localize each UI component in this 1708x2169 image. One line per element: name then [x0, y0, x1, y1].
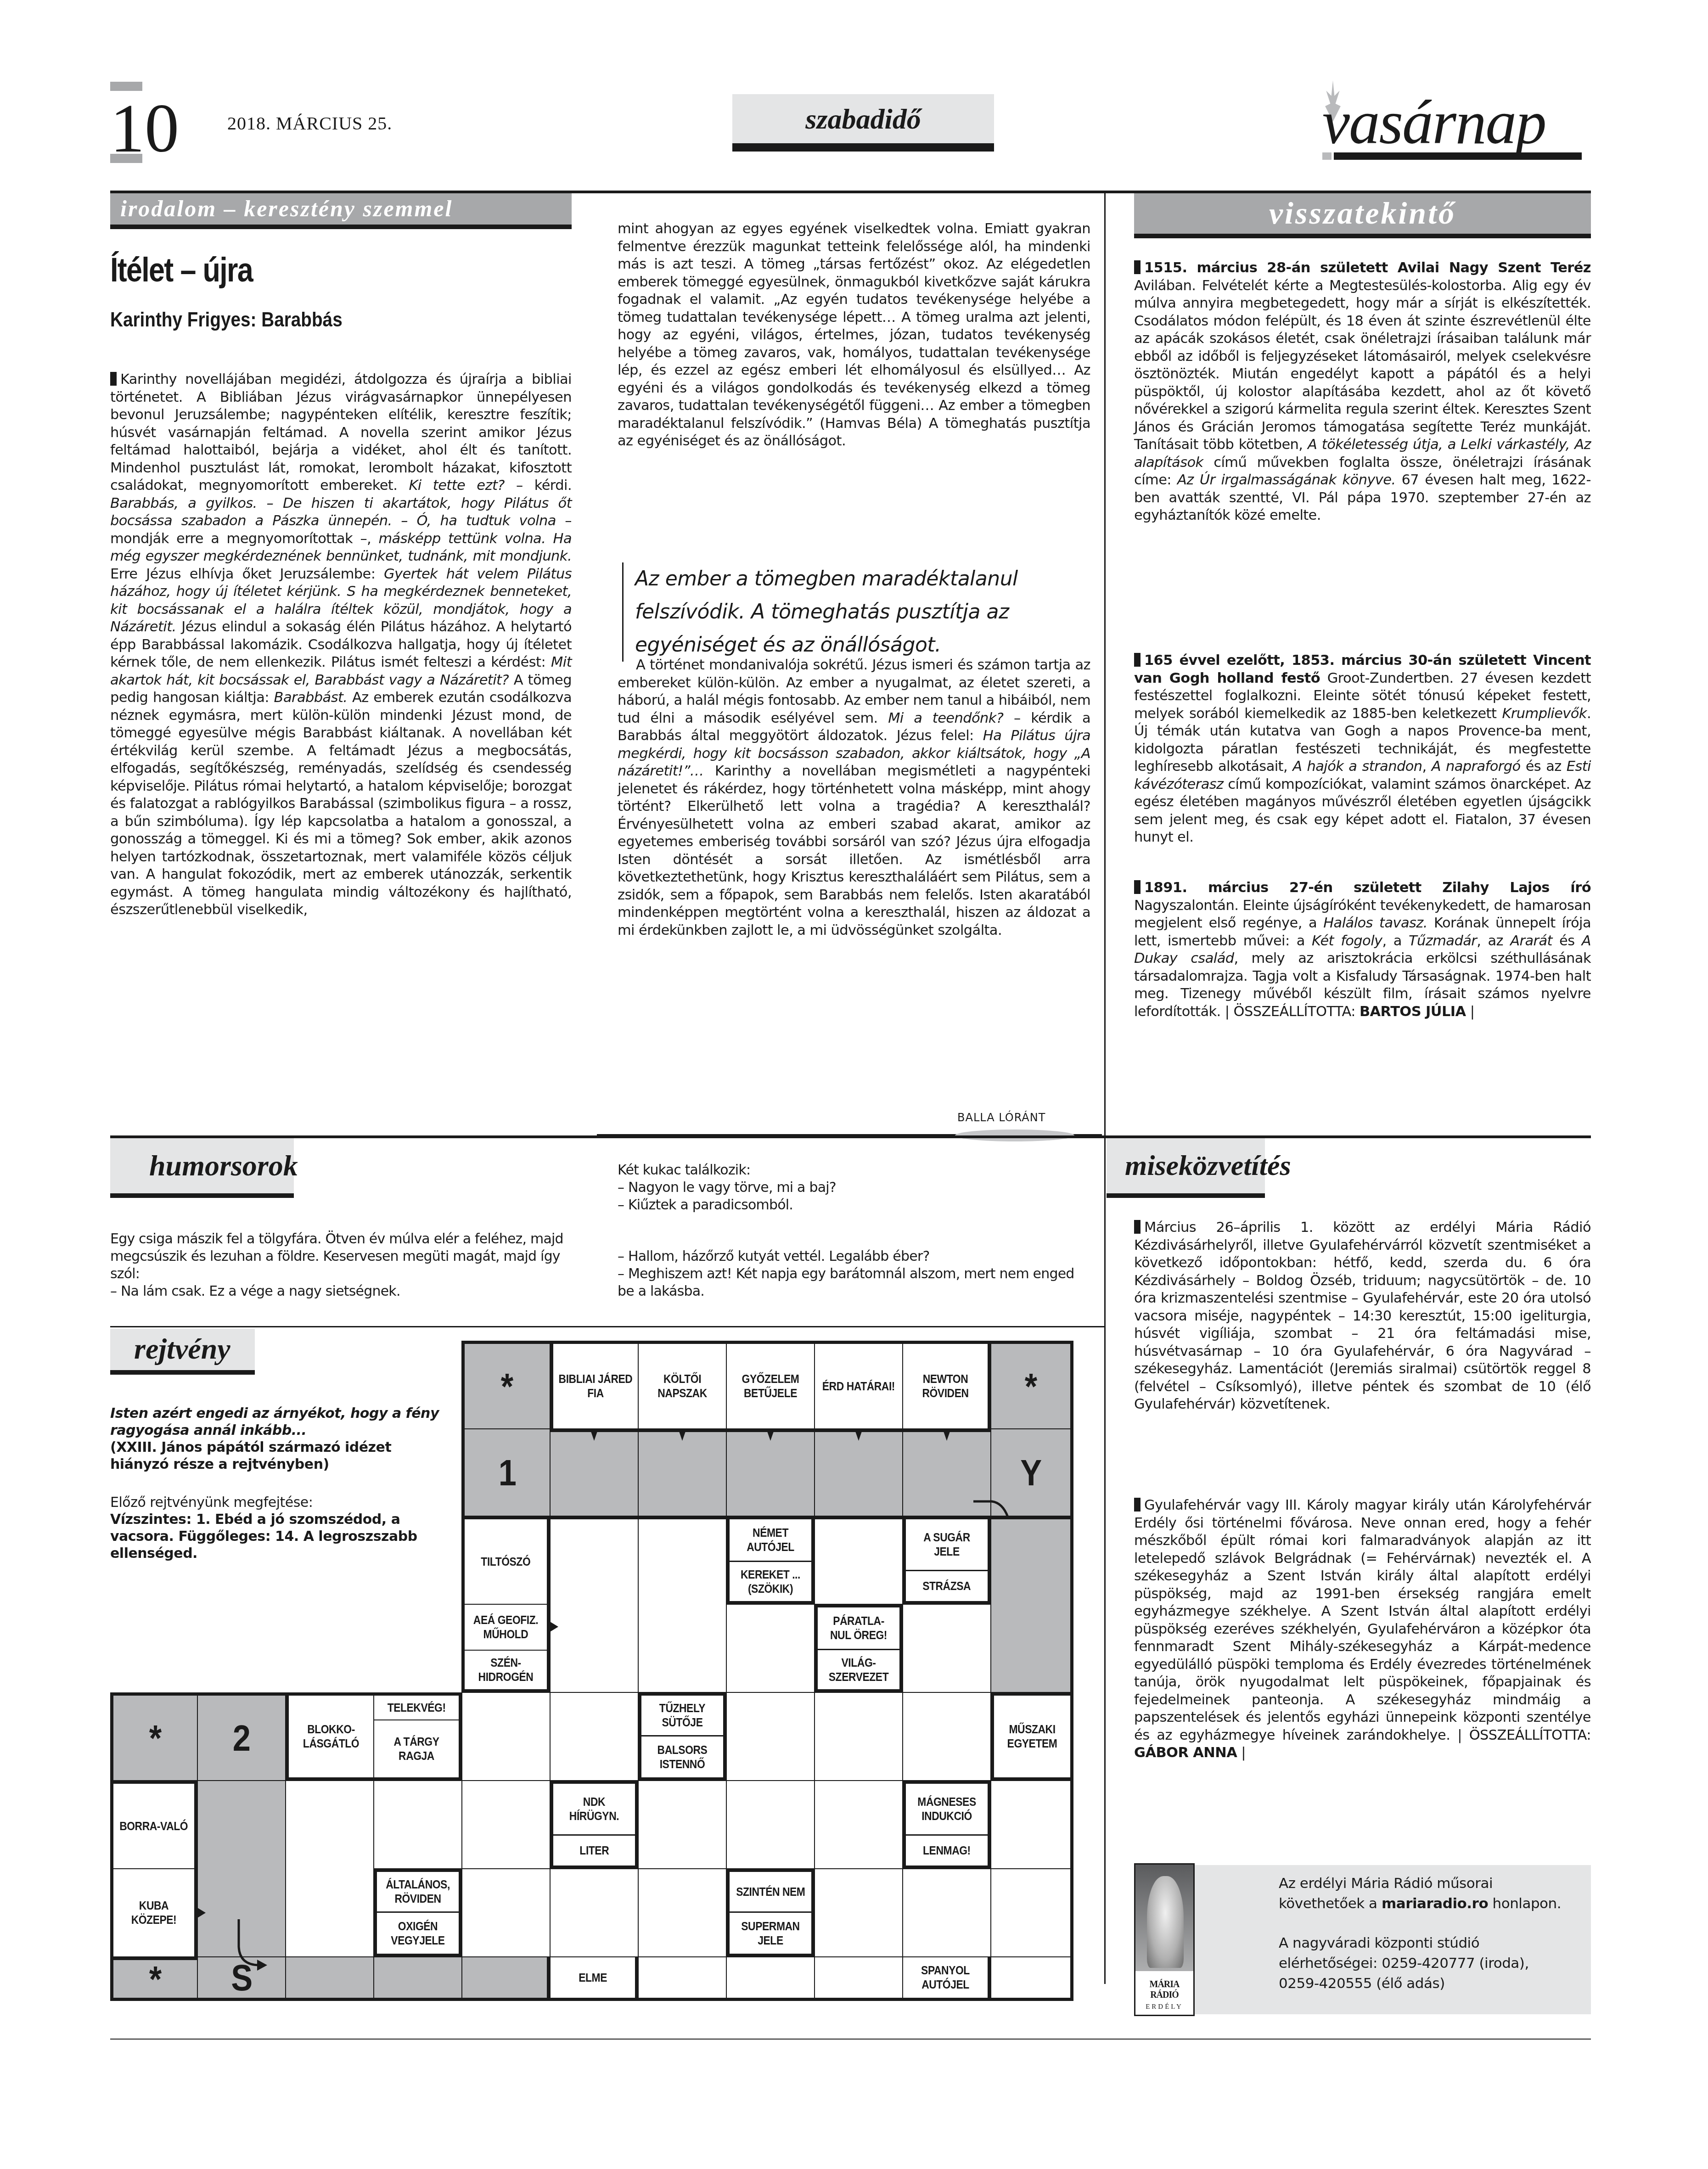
- article-body-col2a: mint ahogyan az egyes egyének viselkedte…: [618, 220, 1090, 450]
- puzzle-quote: Isten azért engedi az árnyékot, hogy a f…: [110, 1405, 441, 1439]
- arrow-down-icon: [766, 1429, 775, 1441]
- logo-underline: [1334, 152, 1582, 160]
- retro-entry-zilahy: 1891. március 27-én született Zilahy Laj…: [1134, 879, 1591, 1021]
- cw-answer-cell[interactable]: [815, 1869, 903, 1957]
- cw-clue-vilag: VILÁG-SZERVEZET: [815, 1650, 903, 1692]
- cw-answer-cell[interactable]: [726, 1957, 815, 2001]
- joke-dog: – Hallom, házőrző kutyát vettél. Legaláb…: [618, 1248, 1090, 1300]
- radio-website-text: Az erdélyi Mária Rádió műsorai követhető…: [1279, 1873, 1573, 1914]
- mise-kicker: miseközvetítés: [1107, 1138, 1265, 1198]
- cw-clue-paratla: PÁRATLA-NUL ÖREG!: [815, 1604, 903, 1650]
- cw-answer-cell[interactable]: [462, 1781, 550, 1869]
- page-number: 10: [110, 94, 179, 163]
- cw-clue-kereket: KEREKET ... (SZÖKIK): [726, 1562, 815, 1604]
- page-number-bar-bottom: [110, 154, 142, 163]
- previous-solution: Vízszintes: 1. Ebéd a jó szomszédod, a v…: [110, 1511, 441, 1562]
- radio-contact-text: A nagyváradi központi stúdió elérhetőség…: [1279, 1933, 1573, 1994]
- cw-clue-koltoi: KÖLTŐI NAPSZAK: [638, 1341, 726, 1429]
- logo-underline-accent: [1322, 152, 1332, 160]
- cw-answer-cell[interactable]: [991, 1781, 1073, 1869]
- cw-answer-cell[interactable]: [462, 1869, 550, 1957]
- mise-schedule: Március 26–április 1. között az erdélyi …: [1134, 1219, 1591, 1414]
- puzzle-instruction: (XXIII. János pápától származó idézet hi…: [110, 1439, 441, 1473]
- cw-answer-cell[interactable]: [815, 1692, 903, 1781]
- cw-clue-oxigen: OXIGÉN VEGYJELE: [374, 1913, 462, 1957]
- puzzle-rule: [110, 1326, 1104, 1327]
- newspaper-logo: vasárnap: [1322, 92, 1546, 154]
- cw-clue-ndk: NDK HÍRÜGYN.: [550, 1781, 638, 1836]
- joke-worms-line: Két kukac találkozik:: [618, 1162, 1090, 1179]
- madonna-image: [1147, 1876, 1184, 1968]
- joke-worms: Két kukac találkozik: – Nagyon le vagy t…: [618, 1162, 1090, 1214]
- retro-entry-teresa: 1515. március 28-án született Avilai Nag…: [1134, 259, 1591, 525]
- cw-answer-cell[interactable]: [815, 1957, 903, 2001]
- cw-clue-tiltoszo: TILTÓSZÓ: [461, 1516, 550, 1604]
- joke-snail: Egy csiga mászik fel a tölgyfára. Ötven …: [110, 1231, 569, 1300]
- cw-clue-gyozelem: GYŐZELEM BETŰJELE: [726, 1341, 815, 1429]
- cw-clue-lenmag: LENMAG!: [903, 1836, 991, 1869]
- article-body-col2b: A történet mondanivalója sokrétű. Jézus …: [618, 657, 1090, 939]
- joke-worms-line: – Nagyon le vagy törve, mi a baj?: [618, 1179, 1090, 1197]
- maria-radio-logo: MÁRIA RÁDIÓ ERDÉLY: [1134, 1863, 1195, 2016]
- arrow-down-icon: [590, 1429, 598, 1441]
- cw-clue-blokko: BLOKKO-LÁSGÁTLÓ: [286, 1692, 374, 1781]
- joke-snail-punchline: – Na lám csak. Ez a vége a nagy sietségn…: [110, 1283, 569, 1300]
- issue-date: 2018. MÁRCIUS 25.: [227, 112, 392, 134]
- cw-clue-superman: SUPERMAN JELE: [726, 1913, 815, 1957]
- arrow-right-icon: [550, 1622, 558, 1632]
- cw-answer-cell[interactable]: [726, 1781, 815, 1869]
- bottom-rule: [110, 2039, 1591, 2040]
- article-kicker: irodalom – keresztény szemmel: [110, 193, 572, 229]
- puzzle-kicker: rejtvény: [110, 1329, 255, 1375]
- cw-answer-cell[interactable]: [903, 1869, 991, 1957]
- page-number-bar-top: [110, 82, 142, 91]
- cw-answer-cell[interactable]: [815, 1429, 903, 1516]
- cw-clue-altalanos: ÁLTALÁNOS, RÖVIDEN: [374, 1869, 462, 1913]
- cw-answer-cell[interactable]: [550, 1692, 638, 1781]
- cw-star: *: [991, 1341, 1073, 1429]
- cw-star: *: [461, 1341, 550, 1429]
- cw-clue-borra: BORRA-VALÓ: [110, 1781, 197, 1869]
- cw-answer-cell[interactable]: [550, 1429, 638, 1516]
- cw-clue-erd: ÉRD HATÁRAI!: [815, 1341, 903, 1429]
- article-title: Ítélet – újra: [110, 250, 253, 289]
- cw-clue-nemet: NÉMET AUTÓJEL: [726, 1516, 815, 1562]
- cw-clue-spanyol: SPANYOL AUTÓJEL: [903, 1957, 991, 2001]
- arrow-down-icon: [943, 1429, 951, 1441]
- cw-clue-kuba: KUBA KÖZEPE!: [110, 1869, 197, 1957]
- cw-number-2: 2: [197, 1692, 286, 1781]
- cw-clue-elme: ELME: [550, 1957, 638, 2001]
- cw-clue-sugar: A SUGÁR JELE: [903, 1516, 991, 1571]
- arrow-down-icon: [854, 1429, 863, 1441]
- cw-answer-cell[interactable]: [815, 1516, 903, 1604]
- previous-solution-label: Előző rejtvényünk megfejtése:: [110, 1494, 441, 1511]
- cw-answer-cell[interactable]: [638, 1516, 726, 1692]
- joke-snail-line: Egy csiga mászik fel a tölgyfára. Ötven …: [110, 1231, 569, 1283]
- humor-kicker: humorsorok: [110, 1138, 294, 1198]
- cw-clue-muszaki: MŰSZAKI EGYETEM: [991, 1692, 1073, 1781]
- cw-answer-cell[interactable]: [638, 1781, 726, 1869]
- retro-kicker: visszatekintő: [1134, 193, 1591, 238]
- cw-answer-cell[interactable]: [726, 1692, 815, 1781]
- arrow-right-icon: [197, 1908, 206, 1918]
- cw-star: *: [110, 1957, 197, 2001]
- cw-answer-cell[interactable]: [638, 1957, 726, 2001]
- pull-quote: Az ember a tömegben maradéktalanul felsz…: [622, 562, 1072, 662]
- cw-clue-aea: AEÁ GEOFIZ. MŰHOLD: [461, 1604, 550, 1650]
- cw-clue-strazsa: STRÁZSA: [903, 1571, 991, 1604]
- cw-answer-cell[interactable]: [462, 1957, 550, 2001]
- cw-clue-balsors: BALSORS ISTENNŐ: [638, 1736, 726, 1781]
- cw-clue-magneses: MÁGNESES INDUKCIÓ: [903, 1781, 991, 1836]
- cw-answer-cell[interactable]: [726, 1429, 815, 1516]
- cw-clue-szinten: SZINTÉN NEM: [726, 1869, 815, 1913]
- cw-clue-newton: NEWTON RÖVIDEN: [903, 1341, 991, 1429]
- cw-clue-bibliai: BIBLIAI JÁRED FIA: [550, 1341, 638, 1429]
- retro-entry-vangogh: 165 évvel ezelőtt, 1853. március 30-án s…: [1134, 652, 1591, 847]
- arrow-down-icon: [678, 1429, 686, 1441]
- cw-answer-cell[interactable]: [374, 1781, 462, 1869]
- cw-answer-cell[interactable]: [638, 1429, 726, 1516]
- section-name: szabadidő: [805, 104, 921, 135]
- cw-answer-cell[interactable]: [903, 1692, 991, 1781]
- article-subtitle: Karinthy Frigyes: Barabbás: [110, 309, 343, 332]
- article-body-col1: Karinthy novellájában megidézi, átdolgoz…: [110, 371, 572, 919]
- cw-answer-cell[interactable]: [550, 1869, 638, 1957]
- cw-answer-cell[interactable]: [815, 1781, 903, 1869]
- cw-answer-cell[interactable]: [550, 1516, 638, 1692]
- mise-gyulafehervar: Gyulafehérvár vagy III. Károly magyar ki…: [1134, 1497, 1591, 1762]
- cw-clue-telek: TELEKVÉG!: [374, 1692, 462, 1720]
- column-divider: [1104, 193, 1106, 1984]
- cw-answer-cell[interactable]: [991, 1869, 1073, 1957]
- cw-star: *: [110, 1692, 197, 1781]
- cw-answer-cell[interactable]: [726, 1604, 815, 1692]
- cw-answer-cell[interactable]: [638, 1869, 726, 1957]
- puzzle-description: Isten azért engedi az árnyékot, hogy a f…: [110, 1405, 441, 1562]
- joke-dog-line: – Meghiszem azt! Két napja egy barátomná…: [618, 1265, 1090, 1300]
- cw-answer-cell[interactable]: [286, 1957, 374, 2001]
- logo-caption: MÁRIA RÁDIÓ ERDÉLY: [1135, 1971, 1193, 2015]
- cw-clue-liter: LITER: [550, 1836, 638, 1869]
- cw-clue-targy: A TÁRGY RAGJA: [374, 1720, 462, 1781]
- cw-answer-cell[interactable]: [991, 1516, 1073, 1692]
- cw-answer-cell[interactable]: [286, 1781, 374, 1957]
- cw-answer-cell[interactable]: [462, 1692, 550, 1781]
- joke-worms-line: – Kiűztek a paradicsomból.: [618, 1197, 1090, 1214]
- joke-dog-line: – Hallom, házőrző kutyát vettél. Legaláb…: [618, 1248, 1090, 1265]
- cw-answer-cell[interactable]: [903, 1604, 991, 1692]
- section-tab: szabadidő: [732, 94, 994, 152]
- article-author: BALLA LÓRÁNT: [957, 1111, 1045, 1124]
- cw-clue-szen: SZÉN-HIDROGÉN: [461, 1650, 550, 1692]
- cw-answer-cell[interactable]: [991, 1957, 1073, 2001]
- cw-number-1: 1: [461, 1429, 550, 1516]
- curved-arrow-icon: [234, 1919, 271, 1974]
- cw-clue-tuzhely: TŰZHELY SÜTŐJE: [638, 1692, 726, 1736]
- cw-answer-cell[interactable]: [374, 1957, 462, 2001]
